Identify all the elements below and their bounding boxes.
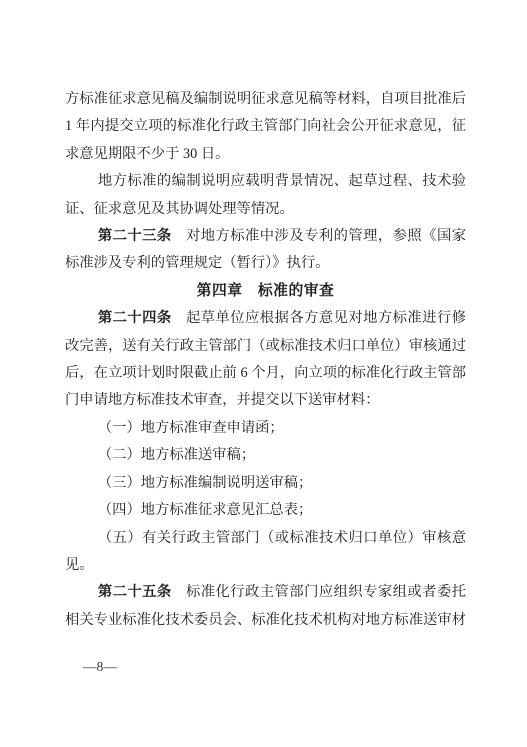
list-item: （三）地方标准编制说明送审稿；	[65, 470, 466, 497]
paragraph-article-24: 第二十四条起草单位应根据各方意见对地方标准进行修改完善，送有关行政主管部门（或标…	[65, 305, 466, 415]
article-number-25: 第二十五条	[98, 584, 172, 600]
article-number-23: 第二十三条	[98, 228, 172, 244]
chapter-heading: 第四章 标准的审查	[65, 278, 466, 305]
document-page: 方标准征求意见稿及编制说明征求意见稿等材料，自项目批准后 1 年内提交立项的标准…	[0, 0, 527, 747]
paragraph-compilation-note: 地方标准的编制说明应载明背景情况、起草过程、技术验证、征求意见及其协调处理等情况…	[65, 168, 466, 223]
paragraph-continuation: 方标准征求意见稿及编制说明征求意见稿等材料，自项目批准后 1 年内提交立项的标准…	[65, 86, 466, 168]
document-body: 方标准征求意见稿及编制说明征求意见稿等材料，自项目批准后 1 年内提交立项的标准…	[65, 86, 466, 634]
list-item: （四）地方标准征求意见汇总表；	[65, 497, 466, 524]
article-number-24: 第二十四条	[98, 310, 172, 326]
list-item: （五）有关行政主管部门（或标准技术归口单位）审核意见。	[65, 525, 466, 580]
paragraph-article-23: 第二十三条对地方标准中涉及专利的管理，参照《国家标准涉及专利的管理规定（暂行）》…	[65, 223, 466, 278]
paragraph-article-25: 第二十五条标准化行政主管部门应组织专家组或者委托相关专业标准化技术委员会、标准化…	[65, 579, 466, 634]
list-item: （二）地方标准送审稿；	[65, 442, 466, 469]
page-number: —8—	[83, 659, 117, 675]
list-item: （一）地方标准审查申请函；	[65, 415, 466, 442]
